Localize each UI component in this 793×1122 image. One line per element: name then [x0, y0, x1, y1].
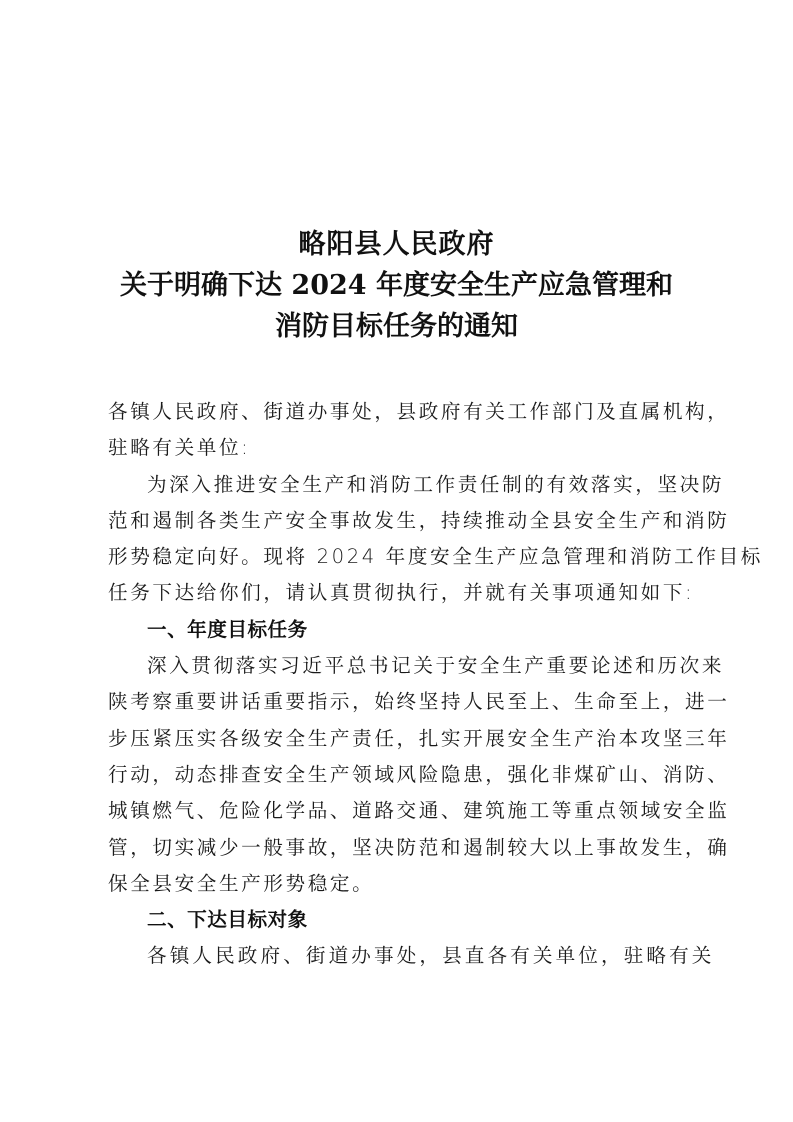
salutation: 各镇人民政府、街道办事处，县政府有关工作部门及直属机构， 驻略有关单位:	[108, 394, 714, 467]
paragraph-line: 步压紧压实各级安全生产责任，扎实开展安全生产治本攻坚三年	[108, 721, 714, 757]
paragraph-line: 形势稳定向好。现将 2024 年度安全生产应急管理和消防工作目标	[108, 539, 714, 575]
title-issuer: 略阳县人民政府	[0, 224, 793, 265]
section-paragraph-annual-targets: 深入贯彻落实习近平总书记关于安全生产重要论述和历次来 陕考察重要讲话重要指示，始…	[108, 648, 714, 902]
paragraph-line: 城镇燃气、危险化学品、道路交通、建筑施工等重点领域安全监	[108, 793, 714, 829]
salutation-line: 驻略有关单位:	[108, 430, 714, 466]
section-heading-annual-targets: 一、年度目标任务	[108, 612, 714, 648]
paragraph-line: 为深入推进安全生产和消防工作责任制的有效落实，坚决防	[108, 467, 714, 503]
paragraph-line: 保全县安全生产形势稳定。	[108, 866, 714, 902]
salutation-line: 各镇人民政府、街道办事处，县政府有关工作部门及直属机构，	[108, 394, 714, 430]
paragraph-line: 任务下达给你们，请认真贯彻执行，并就有关事项通知如下:	[108, 575, 714, 611]
document-body: 各镇人民政府、街道办事处，县政府有关工作部门及直属机构， 驻略有关单位: 为深入…	[108, 394, 714, 975]
document-title: 略阳县人民政府 关于明确下达 2024 年度安全生产应急管理和 消防目标任务的通…	[0, 224, 793, 347]
section-paragraph-target-recipients: 各镇人民政府、街道办事处，县直各有关单位，驻略有关	[108, 938, 714, 974]
paragraph-line: 陕考察重要讲话重要指示，始终坚持人民至上、生命至上，进一	[108, 684, 714, 720]
intro-paragraph: 为深入推进安全生产和消防工作责任制的有效落实，坚决防 范和遏制各类生产安全事故发…	[108, 467, 714, 612]
document-page: 略阳县人民政府 关于明确下达 2024 年度安全生产应急管理和 消防目标任务的通…	[0, 0, 793, 1122]
paragraph-line: 行动，动态排查安全生产领域风险隐患，强化非煤矿山、消防、	[108, 757, 714, 793]
paragraph-line: 各镇人民政府、街道办事处，县直各有关单位，驻略有关	[108, 938, 714, 974]
section-heading-target-recipients: 二、下达目标对象	[108, 902, 714, 938]
paragraph-line: 管，切实减少一般事故，坚决防范和遏制较大以上事故发生，确	[108, 830, 714, 866]
paragraph-line: 深入贯彻落实习近平总书记关于安全生产重要论述和历次来	[108, 648, 714, 684]
title-subject-line-2: 消防目标任务的通知	[0, 306, 793, 347]
title-subject-line-1: 关于明确下达 2024 年度安全生产应急管理和	[0, 265, 793, 306]
paragraph-line: 范和遏制各类生产安全事故发生，持续推动全县安全生产和消防	[108, 503, 714, 539]
